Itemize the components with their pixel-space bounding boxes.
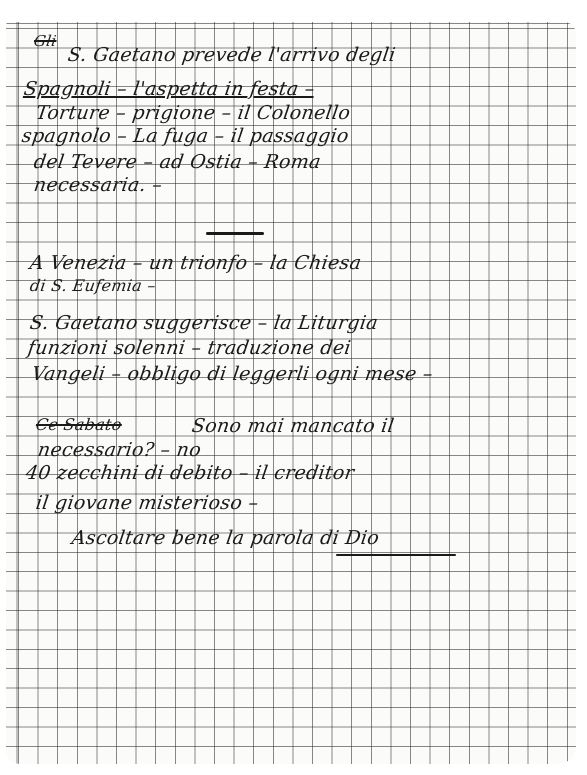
manuscript-line: spagnolo – La fuga – il passaggio xyxy=(20,125,350,147)
manuscript-line: Spagnoli – l'aspetta in festa – xyxy=(22,78,316,100)
manuscript-line: Ascoltare bene la parola di Dio xyxy=(70,527,380,549)
manuscript-line: Sono mai mancato il xyxy=(190,415,395,437)
manuscript-line: S. Gaetano prevede l'arrivo degli xyxy=(66,44,397,66)
manuscript-line: funzioni solenni – traduzione dei xyxy=(26,337,352,359)
separator-mark xyxy=(206,232,264,235)
manuscript-line: S. Gaetano suggerisce – la Liturgia xyxy=(28,312,379,334)
manuscript-line: di S. Eufemia – xyxy=(29,276,157,295)
struck-prefix: Ce Sabato xyxy=(35,415,124,434)
manuscript-line: Vangeli – obbligo di leggerli ogni mese … xyxy=(30,363,434,385)
underline-mark xyxy=(336,554,456,556)
grid-paper-page: Gli S. Gaetano prevede l'arrivo degli Sp… xyxy=(6,22,576,764)
manuscript-line: A Venezia – un trionfo – la Chiesa xyxy=(28,252,362,274)
manuscript-line: necessaria. – xyxy=(32,174,163,196)
manuscript-line: del Tevere – ad Ostia – Roma xyxy=(32,151,322,173)
manuscript-line: necessario? – no xyxy=(36,439,202,461)
manuscript-line: il giovane misterioso – xyxy=(34,492,259,514)
manuscript-line: 40 zecchini di debito – il creditor xyxy=(24,462,355,484)
manuscript-line: Torture – prigione – il Colonello xyxy=(34,102,351,124)
struck-prefix: Gli xyxy=(33,32,58,50)
